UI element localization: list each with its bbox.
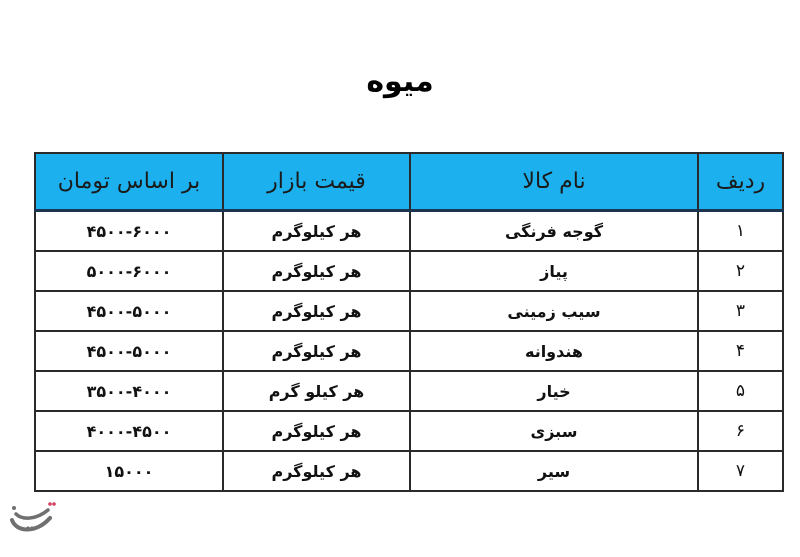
item-name: گوجه فرنگی: [410, 211, 698, 252]
item-name: سبزی: [410, 411, 698, 451]
item-price-range: ۴۰۰۰-۴۵۰۰: [35, 411, 223, 451]
tasnim-logo-icon: [6, 498, 56, 538]
item-price-range: ۴۵۰۰-۵۰۰۰: [35, 331, 223, 371]
item-unit: هر کیلوگرم: [223, 211, 410, 252]
item-unit: هر کیلوگرم: [223, 251, 410, 291]
header-market-price: قیمت بازار: [223, 153, 410, 211]
table-row: ۳ سیب زمینی هر کیلوگرم ۴۵۰۰-۵۰۰۰: [35, 291, 783, 331]
table-row: ۲ پیاز هر کیلوگرم ۵۰۰۰-۶۰۰۰: [35, 251, 783, 291]
item-unit: هر کیلوگرم: [223, 331, 410, 371]
item-unit: هر کیلوگرم: [223, 291, 410, 331]
table-row: ۴ هندوانه هر کیلوگرم ۴۵۰۰-۵۰۰۰: [35, 331, 783, 371]
item-price-range: ۵۰۰۰-۶۰۰۰: [35, 251, 223, 291]
header-row-number: ردیف: [698, 153, 783, 211]
table-row: ۱ گوجه فرنگی هر کیلوگرم ۴۵۰۰-۶۰۰۰: [35, 211, 783, 252]
item-price-range: ۴۵۰۰-۵۰۰۰: [35, 291, 223, 331]
table-header-row: ردیف نام کالا قیمت بازار بر اساس تومان: [35, 153, 783, 211]
row-number: ۷: [698, 451, 783, 491]
item-price-range: ۴۵۰۰-۶۰۰۰: [35, 211, 223, 252]
row-number: ۵: [698, 371, 783, 411]
header-item-name: نام کالا: [410, 153, 698, 211]
item-price-range: ۱۵۰۰۰: [35, 451, 223, 491]
row-number: ۳: [698, 291, 783, 331]
item-name: پیاز: [410, 251, 698, 291]
item-name: خیار: [410, 371, 698, 411]
item-unit: هر کیلو گرم: [223, 371, 410, 411]
row-number: ۱: [698, 211, 783, 252]
table-row: ۶ سبزی هر کیلوگرم ۴۰۰۰-۴۵۰۰: [35, 411, 783, 451]
row-number: ۶: [698, 411, 783, 451]
table-row: ۵ خیار هر کیلو گرم ۳۵۰۰-۴۰۰۰: [35, 371, 783, 411]
item-price-range: ۳۵۰۰-۴۰۰۰: [35, 371, 223, 411]
table-row: ۷ سیر هر کیلوگرم ۱۵۰۰۰: [35, 451, 783, 491]
price-table: ردیف نام کالا قیمت بازار بر اساس تومان ۱…: [34, 152, 784, 492]
item-name: سیب زمینی: [410, 291, 698, 331]
item-name: هندوانه: [410, 331, 698, 371]
header-toman-basis: بر اساس تومان: [35, 153, 223, 211]
item-name: سیر: [410, 451, 698, 491]
row-number: ۲: [698, 251, 783, 291]
item-unit: هر کیلوگرم: [223, 451, 410, 491]
item-unit: هر کیلوگرم: [223, 411, 410, 451]
row-number: ۴: [698, 331, 783, 371]
page-title: میوه: [0, 64, 800, 99]
